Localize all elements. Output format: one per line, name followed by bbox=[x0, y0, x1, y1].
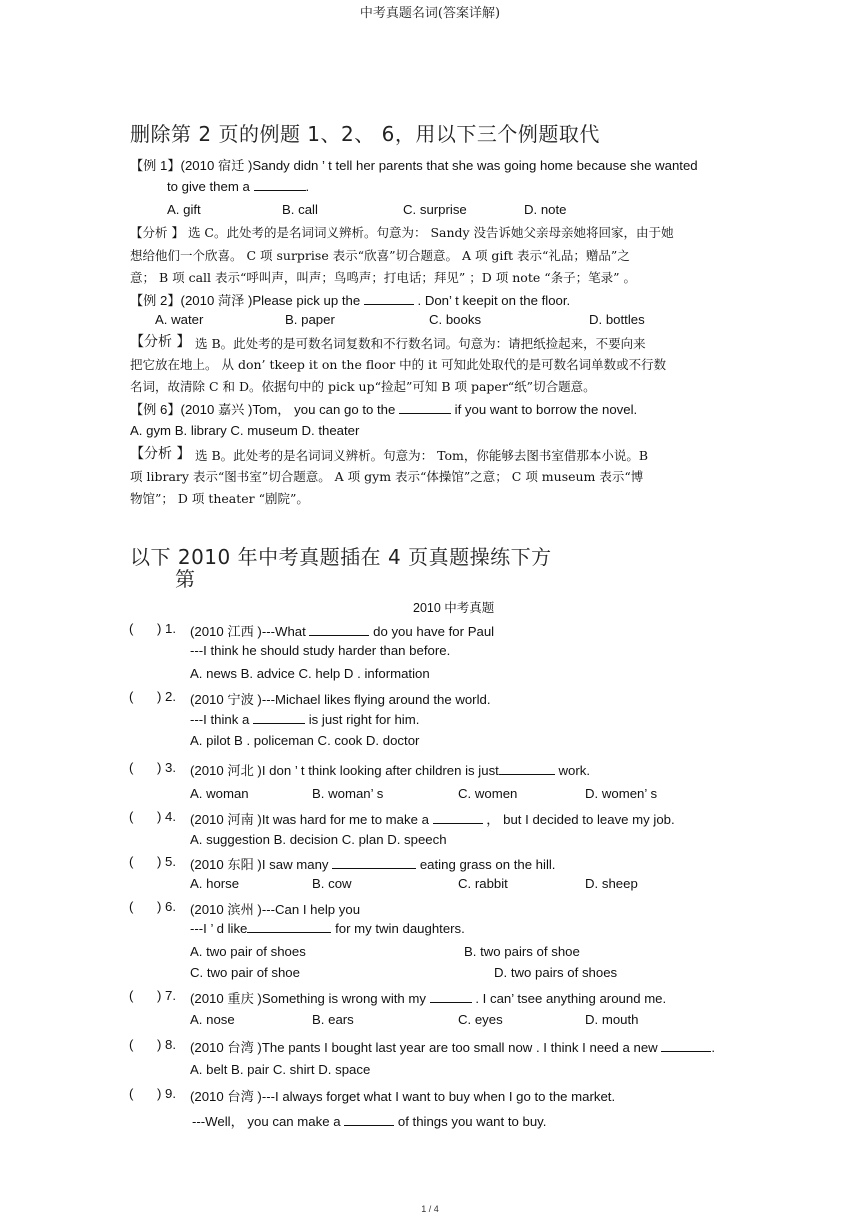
answer-blank bbox=[309, 624, 369, 636]
text: (2010 台湾 )The pants I bought last year a… bbox=[190, 1040, 661, 1055]
text: ---I think a bbox=[190, 712, 253, 727]
answer-paren: ( bbox=[129, 1037, 133, 1052]
section-2-title-part-c: 第 bbox=[175, 563, 196, 592]
answer-blank bbox=[247, 921, 331, 933]
example-6-analysis-1: 选 B。此处考的是名词词义辨析。句意为： Tom，你能够去图书室借那本小说。B bbox=[195, 446, 648, 464]
question-line: ---Well， you can make a of things you wa… bbox=[192, 1111, 546, 1130]
question-line: ---I ’ d like for my twin daughters. bbox=[190, 921, 465, 936]
page-number: 1 / 4 bbox=[0, 1204, 860, 1214]
question-line: A. news B. advice C. help D . informatio… bbox=[190, 666, 430, 681]
question-number: ) 6. bbox=[157, 899, 176, 914]
example-1-line-1: 【例 1】(2010 宿迁 )Sandy didn ’ t tell her p… bbox=[130, 155, 698, 174]
example-6-options: A. gym B. library C. museum D. theater bbox=[130, 423, 359, 438]
section-2-title-part-a: 以下 2010 年中考真题插在 bbox=[130, 541, 381, 570]
option: D. mouth bbox=[585, 1012, 639, 1027]
example-1-option-d: D. note bbox=[524, 202, 567, 217]
answer-blank bbox=[399, 402, 451, 414]
text: 【例 2】(2010 菏泽 )Please pick up the bbox=[130, 293, 364, 308]
question-line: (2010 重庆 )Something is wrong with my . I… bbox=[190, 988, 666, 1007]
answer-blank bbox=[499, 763, 555, 775]
example-6-line-1: 【例 6】(2010 嘉兴 )Tom， you can go to the if… bbox=[130, 399, 637, 418]
question-line: (2010 河南 )It was hard for me to make a ，… bbox=[190, 809, 675, 828]
example-2-analysis-label: 【分析 】 bbox=[130, 331, 190, 351]
example-1-line-2: to give them a . bbox=[167, 179, 309, 194]
text: is just right for him. bbox=[305, 712, 419, 727]
answer-blank bbox=[254, 179, 306, 191]
answer-paren: ( bbox=[129, 988, 133, 1003]
text: 【例 6】(2010 嘉兴 )Tom， you can go to the bbox=[130, 402, 399, 417]
text: ， but I decided to leave my job. bbox=[483, 812, 675, 827]
section-2-title-part-b: 4 页真题操练下方 bbox=[388, 541, 552, 570]
answer-paren: ( bbox=[129, 689, 133, 704]
question-number: ) 5. bbox=[157, 854, 176, 869]
answer-paren: ( bbox=[129, 1086, 133, 1101]
example-2-option-d: D. bottles bbox=[589, 312, 645, 327]
question-number: ) 8. bbox=[157, 1037, 176, 1052]
question-line: (2010 台湾 )The pants I bought last year a… bbox=[190, 1037, 715, 1056]
text: . bbox=[711, 1040, 715, 1055]
answer-paren: ( bbox=[129, 854, 133, 869]
question-line: (2010 江西 )---What do you have for Paul bbox=[190, 621, 494, 640]
option: A. nose bbox=[190, 1012, 235, 1027]
answer-blank bbox=[430, 991, 472, 1003]
question-number: ) 1. bbox=[157, 621, 176, 636]
question-line: (2010 东阳 )I saw many eating grass on the… bbox=[190, 854, 555, 873]
text: work. bbox=[555, 763, 590, 778]
question-line: ---I think a is just right for him. bbox=[190, 712, 419, 727]
example-2-analysis-1: 选 B。此处考的是可数名词复数和不行数名词。句意为：请把纸捡起来，不要向来 bbox=[195, 334, 646, 352]
text: of things you want to buy. bbox=[394, 1114, 546, 1129]
question-line: (2010 台湾 )---I always forget what I want… bbox=[190, 1086, 615, 1105]
text: . I can’ tsee anything around me. bbox=[472, 991, 667, 1006]
text: (2010 河南 )It was hard for me to make a bbox=[190, 812, 433, 827]
document-title: 中考真题名词(答案详解) bbox=[0, 2, 860, 21]
text: (2010 河北 )I don ’ t think looking after … bbox=[190, 763, 499, 778]
question-line: A. suggestion B. decision C. plan D. spe… bbox=[190, 832, 447, 847]
option: D. women’ s bbox=[585, 786, 657, 801]
question-line: A. pilot B . policeman C. cook D. doctor bbox=[190, 733, 419, 748]
text: . Don’ t keepit on the floor. bbox=[414, 293, 570, 308]
question-line: A. belt B. pair C. shirt D. space bbox=[190, 1062, 370, 1077]
question-number: ) 9. bbox=[157, 1086, 176, 1101]
answer-paren: ( bbox=[129, 899, 133, 914]
example-1-option-c: C. surprise bbox=[403, 202, 467, 217]
answer-paren: ( bbox=[129, 621, 133, 636]
question-line: (2010 滨州 )---Can I help you bbox=[190, 899, 360, 918]
option: D. sheep bbox=[585, 876, 638, 891]
example-1-analysis-1: 【分析 】 选 C。此处考的是名词词义辨析。句意为： Sandy 没告诉她父亲母… bbox=[130, 223, 674, 241]
text: do you have for Paul bbox=[369, 624, 494, 639]
example-1-option-a: A. gift bbox=[167, 202, 201, 217]
option: C. eyes bbox=[458, 1012, 503, 1027]
answer-blank bbox=[344, 1114, 394, 1126]
option: D. two pairs of shoes bbox=[494, 965, 617, 980]
example-1-analysis-3: 意； B 项 call 表示“呼叫声，叫声；鸟鸣声；打电话；拜见” ；D 项 n… bbox=[130, 268, 636, 286]
option: B. ears bbox=[312, 1012, 354, 1027]
section-2-subtitle: 2010 中考真题 bbox=[413, 598, 494, 616]
example-2-option-b: B. paper bbox=[285, 312, 335, 327]
example-1-analysis-2: 想给他们一个欣喜。 C 项 surprise 表示“欣喜”切合题意。 A 项 g… bbox=[130, 246, 630, 264]
example-2-option-c: C. books bbox=[429, 312, 481, 327]
question-line: ---I think he should study harder than b… bbox=[190, 643, 450, 658]
option: C. rabbit bbox=[458, 876, 508, 891]
answer-paren: ( bbox=[129, 760, 133, 775]
option: B. cow bbox=[312, 876, 352, 891]
text: to give them a bbox=[167, 179, 254, 194]
text: (2010 江西 )---What bbox=[190, 624, 309, 639]
example-6-analysis-3: 物馆”； D 项 theater “剧院”。 bbox=[130, 489, 309, 507]
example-6-analysis-2: 项 library 表示“图书室”切合题意。 A 项 gym 表示“体操馆”之意… bbox=[130, 467, 643, 485]
section-1-title: 删除第 2 页的例题 1、2、 6，用以下三个例题取代 bbox=[130, 118, 600, 147]
option: A. woman bbox=[190, 786, 249, 801]
text: . bbox=[306, 179, 310, 194]
answer-blank bbox=[433, 812, 483, 824]
answer-blank bbox=[332, 857, 416, 869]
text: ---I ’ d like bbox=[190, 921, 247, 936]
text: (2010 东阳 )I saw many bbox=[190, 857, 332, 872]
text: ---Well， you can make a bbox=[192, 1114, 344, 1129]
answer-blank bbox=[661, 1040, 711, 1052]
option: B. two pairs of shoe bbox=[464, 944, 580, 959]
question-number: ) 4. bbox=[157, 809, 176, 824]
option: C. women bbox=[458, 786, 517, 801]
answer-blank bbox=[364, 293, 414, 305]
text: (2010 重庆 )Something is wrong with my bbox=[190, 991, 430, 1006]
example-2-analysis-2: 把它放在地上。 从 don’ tkeep it on the floor 中的 … bbox=[130, 355, 666, 373]
example-2-option-a: A. water bbox=[155, 312, 203, 327]
option: A. two pair of shoes bbox=[190, 944, 306, 959]
answer-paren: ( bbox=[129, 809, 133, 824]
example-6-analysis-label: 【分析 】 bbox=[130, 443, 190, 463]
option: A. horse bbox=[190, 876, 239, 891]
example-2-analysis-3: 名词，故清除 C 和 D。依据句中的 pick up“捡起”可知 B 项 pap… bbox=[130, 377, 596, 395]
option: B. woman’ s bbox=[312, 786, 383, 801]
option: C. two pair of shoe bbox=[190, 965, 300, 980]
question-number: ) 2. bbox=[157, 689, 176, 704]
example-1-option-b: B. call bbox=[282, 202, 318, 217]
answer-blank bbox=[253, 712, 305, 724]
text: if you want to borrow the novel. bbox=[451, 402, 637, 417]
question-line: (2010 宁波 )---Michael likes flying around… bbox=[190, 689, 491, 708]
question-number: ) 7. bbox=[157, 988, 176, 1003]
question-line: (2010 河北 )I don ’ t think looking after … bbox=[190, 760, 590, 779]
example-2-line-1: 【例 2】(2010 菏泽 )Please pick up the . Don’… bbox=[130, 290, 570, 309]
text: eating grass on the hill. bbox=[416, 857, 555, 872]
question-number: ) 3. bbox=[157, 760, 176, 775]
text: for my twin daughters. bbox=[331, 921, 464, 936]
